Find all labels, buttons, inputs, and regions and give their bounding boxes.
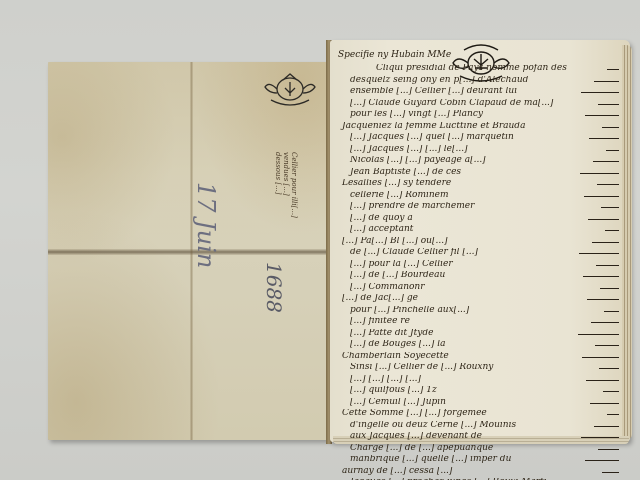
manuscript-line: [...] Commanonr [336,281,621,293]
handwritten-text: aurnay de [...] cessa [...] [336,467,587,475]
manuscript-line: aux Jacques [...] devenant de [336,430,621,442]
handwritten-text: [...] acceptant [336,225,618,233]
manuscript-line: Jean Baptiste [...] de ces [336,166,621,178]
manuscript-line: [...] de Jac[...] ge [336,292,621,304]
annotation-line: vendues [...] [282,152,290,218]
manuscript-line: de [...] Claude Cellier fil [...] [336,246,621,258]
manuscript-line: Cliqui presidial de Pays nomme pofan des [336,62,621,74]
page-edges [622,45,632,440]
handwritten-text: d'ingelle ou deuz Cerne [...] Mouinis [336,421,607,429]
handwritten-text: desquelz seing ony en p[...] d'Alechaud [336,76,617,84]
line-filler-stroke [602,127,619,128]
manuscript-line: Jacques [...] preghaz junes [...] Rouxi … [336,476,621,480]
handwritten-text: Jacqueniez la femme Lucttine et Brauda [336,122,597,130]
handwritten-text: Jean Baptiste [...] de ces [336,168,593,176]
line-filler-stroke [600,288,619,289]
manuscript-line: d'ingelle ou deuz Cerne [...] Mouinis [336,419,621,431]
handwritten-text: Nicolas [...] [...] payeage a[...] [336,156,596,164]
manuscript-line: Jacqueniez la femme Lucttine et Brauda [336,120,621,132]
manuscript-line: [...] pour la [...] Cellier [336,258,621,270]
line-filler-stroke [582,357,619,358]
line-filler-stroke [599,368,619,369]
manuscript-line: Nicolas [...] [...] payeage a[...] [336,154,621,166]
line-filler-stroke [607,69,619,70]
line-filler-stroke [587,299,619,300]
line-filler-stroke [606,150,619,151]
manuscript-line: Chamberlain Soyecette [336,350,621,362]
handwritten-text: [...] Jacques [...] quel [...] marquetin [336,133,602,141]
line-filler-stroke [584,196,619,197]
manuscript-line: [...] Patte dit Jtyde [336,327,621,339]
manuscript-line: [...] Jacques [...] [...] le[...] [336,143,621,155]
handwritten-text: [...] [...] [...] [...] [336,375,619,383]
handwritten-text: [...] de Jac[...] ge [336,294,592,302]
handwritten-text: cellerie [...] Rominem [336,191,587,199]
manuscript-line: [...] Claude Guyard Cobin Clapaud de ma[… [336,97,621,109]
manuscript-line: Cette Somme [...] [...] forgemee [336,407,621,419]
line-filler-stroke [602,472,619,473]
handwritten-text: de [...] Claude Cellier fil [...] [336,248,612,256]
manuscript-text-block: Cliqui presidial de Pays nomme pofan des… [336,62,621,480]
manuscript-line: ensemble [...] Cellier [...] deurant lui [336,85,621,97]
line-filler-stroke [585,115,619,116]
line-filler-stroke [594,426,619,427]
handwritten-text: Cette Somme [...] [...] forgemee [336,409,602,417]
line-filler-stroke [594,81,619,82]
handwritten-text: [...] Claude Guyard Cobin Clapaud de ma[… [336,99,611,107]
manuscript-line: manbrique [...] quelle [...] imper du [336,453,621,465]
line-filler-stroke [589,138,619,139]
line-filler-stroke [580,173,619,174]
line-filler-stroke [604,311,619,312]
manuscript-line: [...] prendre de marchemer [336,200,621,212]
handwritten-text: pour [...] Pinchelle aux[...] [336,306,597,314]
manuscript-line: Charge [...] de [...] apepuanque [336,442,621,454]
manuscript-line: [...] acceptant [336,223,621,235]
handwritten-text: Charge [...] de [...] apepuanque [336,444,601,452]
handwritten-text: [...] de Bouges [...] la [336,340,588,348]
line-filler-stroke [578,334,619,335]
line-filler-stroke [588,219,619,220]
annotation-line: Cellier pour illi[...] [290,152,298,218]
manuscript-line: [...] finitee re [336,315,621,327]
manuscript-line: cellerie [...] Rominem [336,189,621,201]
handwritten-text: [...] Commanonr [336,283,603,291]
manuscript-line: [...] Cemuil [...] Jupin [336,396,621,408]
line-filler-stroke [581,92,619,93]
handwritten-text: [...] Jacques [...] [...] le[...] [336,145,599,153]
line-filler-stroke [595,345,619,346]
line-filler-stroke [586,380,619,381]
line-filler-stroke [596,265,619,266]
handwritten-text: [...] finitee re [336,317,594,325]
line-filler-stroke [598,104,619,105]
line-filler-stroke [605,230,619,231]
line-filler-stroke [591,322,619,323]
handwritten-text: [...] Cemuil [...] Jupin [336,398,613,406]
manuscript-line: [...] quilfous [...] 1z [336,384,621,396]
handwritten-text: Chamberlain Soyecette [336,352,577,360]
vertical-annotation: Cellier pour illi[...] vendues [...] des… [274,152,298,218]
handwritten-text: [...] Patte dit Jtyde [336,329,591,337]
line-filler-stroke [607,414,619,415]
line-filler-stroke [583,276,619,277]
manuscript-line: Lesallies [...] sy tendere [336,177,621,189]
handwritten-text: Sinsi [...] Cellier de [...] Rouxny [336,363,582,371]
folded-cover-sheet: Cellier pour illi[...] vendues [...] des… [48,62,330,440]
line-filler-stroke [590,403,619,404]
handwritten-text: [...] prendre de marchemer [336,202,584,210]
pencil-year: 1688 [262,262,286,313]
handwritten-text: manbrique [...] quelle [...] imper du [336,455,598,463]
line-filler-stroke [593,161,619,162]
handwritten-text: Cliqui presidial de Pays nomme pofan des [336,64,606,72]
manuscript-line: [...] de quoy a [336,212,621,224]
line-filler-stroke [601,207,619,208]
handwritten-text: [...] pour la [...] Cellier [336,260,609,268]
manuscript-line: aurnay de [...] cessa [...] [336,465,621,477]
handwritten-text: [...] Pa[...] Bl [...] ou[...] [336,237,607,245]
tax-stamp-icon [263,70,317,108]
line-filler-stroke [585,460,619,461]
page-header: Specifie ny Hubain MMe [338,50,451,60]
handwritten-text: pour les [...] vingt [...] Plancy [336,110,608,118]
handwritten-text: aux Jacques [...] devenant de [336,432,604,440]
line-filler-stroke [598,449,619,450]
pencil-date: 17 Juin [192,182,220,268]
manuscript-line: [...] Jacques [...] quel [...] marquetin [336,131,621,143]
manuscript-line: pour [...] Pinchelle aux[...] [336,304,621,316]
line-filler-stroke [603,391,619,392]
photo-scene: Cellier pour illi[...] vendues [...] des… [0,0,640,480]
manuscript-line: pour les [...] vingt [...] Plancy [336,108,621,120]
handwritten-text: ensemble [...] Cellier [...] deurant lui [336,87,614,95]
manuscript-line: Sinsi [...] Cellier de [...] Rouxny [336,361,621,373]
horizontal-fold-crease [48,249,330,255]
handwritten-text: [...] de [...] Bourdeau [336,271,606,279]
manuscript-line: [...] de Bouges [...] la [336,338,621,350]
line-filler-stroke [581,437,619,438]
handwritten-text: Lesallies [...] sy tendere [336,179,582,187]
annotation-line: dessous [...] [274,152,282,218]
line-filler-stroke [592,242,619,243]
handwritten-text: [...] quilfous [...] 1z [336,386,616,394]
manuscript-line: [...] de [...] Bourdeau [336,269,621,281]
line-filler-stroke [597,184,619,185]
handwritten-text: [...] de quoy a [336,214,581,222]
manuscript-line: [...] Pa[...] Bl [...] ou[...] [336,235,621,247]
manuscript-line: desquelz seing ony en p[...] d'Alechaud [336,74,621,86]
line-filler-stroke [579,253,619,254]
manuscript-line: [...] [...] [...] [...] [336,373,621,385]
